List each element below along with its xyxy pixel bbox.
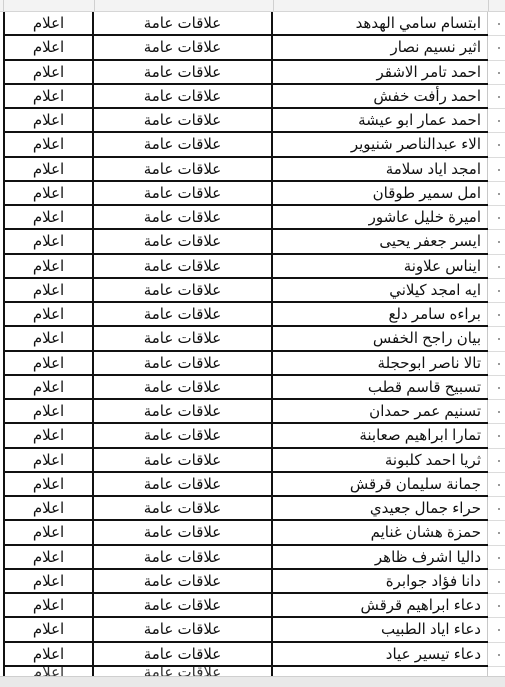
table-row[interactable]: اعلامعلاقات عامةاميرة خليل عاشور [3, 206, 488, 230]
cell-department[interactable]: اعلام [3, 158, 94, 180]
empty-cell[interactable] [488, 182, 505, 206]
table-row[interactable]: اعلامعلاقات عامةجمانة سليمان قرقش [3, 473, 488, 497]
empty-cell[interactable] [488, 133, 505, 157]
cell-department[interactable]: اعلام [3, 594, 94, 616]
cell-name[interactable]: امل سمير طوقان [273, 182, 488, 204]
column-divider[interactable] [273, 0, 274, 11]
table-row[interactable]: اعلامعلاقات عامةاحمد تامر الاشقر [3, 61, 488, 85]
cell-name[interactable]: ايه امجد كيلاني [273, 279, 488, 301]
cell-major[interactable]: علاقات عامة [94, 279, 273, 301]
cell-name[interactable]: الاء عبدالناصر شنيوير [273, 133, 488, 155]
cell-department[interactable]: اعلام [3, 473, 94, 495]
cell-name[interactable]: جمانة سليمان قرقش [273, 473, 488, 495]
cell-major[interactable]: علاقات عامة [94, 158, 273, 180]
cell-major[interactable]: علاقات عامة [94, 376, 273, 398]
table-row[interactable]: اعلامعلاقات عامةدعاء تيسير عياد [3, 643, 488, 667]
table-row[interactable]: اعلامعلاقات عامةامل سمير طوقان [3, 182, 488, 206]
cell-major[interactable]: علاقات عامة [94, 667, 273, 676]
table-row[interactable]: اعلامعلاقات عامةاثير نسيم نصار [3, 36, 488, 60]
cell-department[interactable]: اعلام [3, 497, 94, 519]
cell-major[interactable]: علاقات عامة [94, 497, 273, 519]
table-row[interactable]: اعلامعلاقات عامةتسبيح قاسم قطب [3, 376, 488, 400]
empty-cell[interactable] [488, 497, 505, 521]
empty-cell[interactable] [488, 570, 505, 594]
cell-name[interactable]: حمزة هشان غنايم [273, 521, 488, 543]
cell-major[interactable]: علاقات عامة [94, 206, 273, 228]
empty-cell[interactable] [488, 109, 505, 133]
cell-major[interactable]: علاقات عامة [94, 12, 273, 34]
cell-department[interactable]: اعلام [3, 61, 94, 83]
cell-major[interactable]: علاقات عامة [94, 182, 273, 204]
cell-name[interactable]: بيان راجح الخفس [273, 327, 488, 349]
cell-department[interactable]: اعلام [3, 400, 94, 422]
cell-department[interactable]: اعلام [3, 279, 94, 301]
cell-department[interactable]: اعلام [3, 255, 94, 277]
cell-name[interactable]: احمد رأفت خفش [273, 85, 488, 107]
cell-name[interactable]: حراء جمال جعيدي [273, 497, 488, 519]
cell-department[interactable]: اعلام [3, 643, 94, 665]
cell-department[interactable]: اعلام [3, 352, 94, 374]
empty-cell[interactable] [488, 255, 505, 279]
column-divider[interactable] [488, 0, 489, 11]
empty-cell[interactable] [488, 36, 505, 60]
cell-department[interactable]: اعلام [3, 424, 94, 446]
cell-department[interactable]: اعلام [3, 303, 94, 325]
cell-department[interactable]: اعلام [3, 85, 94, 107]
cell-department[interactable]: اعلام [3, 230, 94, 252]
cell-department[interactable]: اعلام [3, 667, 94, 676]
cell-major[interactable]: علاقات عامة [94, 230, 273, 252]
column-divider[interactable] [3, 0, 4, 11]
empty-cell[interactable] [488, 643, 505, 667]
cell-major[interactable]: علاقات عامة [94, 473, 273, 495]
cell-major[interactable]: علاقات عامة [94, 303, 273, 325]
table-row[interactable]: اعلامعلاقات عامةابتسام سامي الهدهد [3, 12, 488, 36]
empty-cell[interactable] [488, 61, 505, 85]
cell-name[interactable]: اميرة خليل عاشور [273, 206, 488, 228]
table-row[interactable]: اعلامعلاقات عامةداليا اشرف ظاهر [3, 546, 488, 570]
cell-major[interactable]: علاقات عامة [94, 424, 273, 446]
table-row[interactable]: اعلامعلاقات عامةامجد اياد سلامة [3, 158, 488, 182]
cell-department[interactable]: اعلام [3, 182, 94, 204]
empty-cell[interactable] [488, 279, 505, 303]
table-row[interactable]: اعلامعلاقات عامةحراء جمال جعيدي [3, 497, 488, 521]
table-row[interactable]: اعلامعلاقات عامةدعاء ابراهيم قرقش [3, 594, 488, 618]
table-row[interactable]: اعلامعلاقات عامةتمارا ابراهيم صعابنة [3, 424, 488, 448]
adjacent-empty-column [488, 12, 505, 667]
cell-department[interactable]: اعلام [3, 36, 94, 58]
cell-name[interactable]: دعاء ابراهيم قرقش [273, 594, 488, 616]
cell-major[interactable]: علاقات عامة [94, 352, 273, 374]
empty-cell[interactable] [488, 546, 505, 570]
cell-name[interactable]: براءه سامر دلع [273, 303, 488, 325]
table-row[interactable]: اعلامعلاقات عامةايسر جعفر يحيى [3, 230, 488, 254]
cell-major[interactable]: علاقات عامة [94, 85, 273, 107]
cell-department[interactable]: اعلام [3, 133, 94, 155]
empty-cell[interactable] [488, 230, 505, 254]
cell-major[interactable]: علاقات عامة [94, 521, 273, 543]
cell-department[interactable]: اعلام [3, 109, 94, 131]
cell-major[interactable]: علاقات عامة [94, 643, 273, 665]
table-row[interactable]: اعلامعلاقات عامةدانا فؤاد جوابرة [3, 570, 488, 594]
cell-major[interactable]: علاقات عامة [94, 109, 273, 131]
empty-cell[interactable] [488, 618, 505, 642]
cell-name[interactable] [273, 667, 488, 676]
cell-name[interactable]: تمارا ابراهيم صعابنة [273, 424, 488, 446]
empty-cell[interactable] [488, 303, 505, 327]
data-grid: اعلامعلاقات عامةابتسام سامي الهدهداعلامع… [3, 12, 488, 667]
empty-cell[interactable] [488, 376, 505, 400]
cell-name[interactable]: تسنيم عمر حمدان [273, 400, 488, 422]
table-row[interactable]: اعلامعلاقات عامةالاء عبدالناصر شنيوير [3, 133, 488, 157]
cell-name[interactable]: دعاء اياد الطبيب [273, 618, 488, 640]
cell-name[interactable]: احمد عمار ابو عيشة [273, 109, 488, 131]
empty-cell[interactable] [488, 206, 505, 230]
table-row[interactable]: اعلامعلاقات عامةايه امجد كيلاني [3, 279, 488, 303]
cell-department[interactable]: اعلام [3, 570, 94, 592]
cell-department[interactable]: اعلام [3, 618, 94, 640]
cell-department[interactable]: اعلام [3, 206, 94, 228]
cell-name[interactable]: ايناس علاونة [273, 255, 488, 277]
empty-cell[interactable] [488, 594, 505, 618]
cell-major[interactable]: علاقات عامة [94, 327, 273, 349]
empty-cell[interactable] [488, 12, 505, 36]
table-row[interactable]: اعلامعلاقات عامةحمزة هشان غنايم [3, 521, 488, 545]
cell-major[interactable]: علاقات عامة [94, 546, 273, 568]
cell-major[interactable]: علاقات عامة [94, 449, 273, 471]
empty-cell[interactable] [488, 449, 505, 473]
cell-department[interactable]: اعلام [3, 12, 94, 34]
cell-name[interactable]: دانا فؤاد جوابرة [273, 570, 488, 592]
horizontal-scrollbar[interactable] [0, 676, 505, 687]
cell-name[interactable]: ابتسام سامي الهدهد [273, 12, 488, 34]
table-row-partial[interactable]: اعلام علاقات عامة [3, 667, 488, 676]
spreadsheet: اعلامعلاقات عامةابتسام سامي الهدهداعلامع… [0, 0, 505, 687]
cell-major[interactable]: علاقات عامة [94, 400, 273, 422]
empty-cell[interactable] [488, 158, 505, 182]
table-row[interactable]: اعلامعلاقات عامةبيان راجح الخفس [3, 327, 488, 351]
cell-name[interactable]: احمد تامر الاشقر [273, 61, 488, 83]
cell-department[interactable]: اعلام [3, 546, 94, 568]
cell-major[interactable]: علاقات عامة [94, 570, 273, 592]
empty-cell[interactable] [488, 521, 505, 545]
cell-name[interactable]: ثريا احمد كلبونة [273, 449, 488, 471]
cell-name[interactable]: داليا اشرف ظاهر [273, 546, 488, 568]
cell-department[interactable]: اعلام [3, 327, 94, 349]
empty-cell[interactable] [488, 400, 505, 424]
empty-cell[interactable] [488, 473, 505, 497]
cell-department[interactable]: اعلام [3, 521, 94, 543]
cell-name[interactable]: امجد اياد سلامة [273, 158, 488, 180]
table-row[interactable]: اعلامعلاقات عامةتسنيم عمر حمدان [3, 400, 488, 424]
cell-name[interactable]: اثير نسيم نصار [273, 36, 488, 58]
empty-cell[interactable] [488, 85, 505, 109]
empty-cell[interactable] [488, 424, 505, 448]
cell-major[interactable]: علاقات عامة [94, 618, 273, 640]
table-row[interactable]: اعلامعلاقات عامةايناس علاونة [3, 255, 488, 279]
cell-major[interactable]: علاقات عامة [94, 133, 273, 155]
cell-major[interactable]: علاقات عامة [94, 61, 273, 83]
cell-department[interactable]: اعلام [3, 376, 94, 398]
cell-major[interactable]: علاقات عامة [94, 255, 273, 277]
table-row[interactable]: اعلامعلاقات عامةاحمد عمار ابو عيشة [3, 109, 488, 133]
table-row[interactable]: اعلامعلاقات عامةاحمد رأفت خفش [3, 85, 488, 109]
empty-cell[interactable] [488, 327, 505, 351]
table-row[interactable]: اعلامعلاقات عامةدعاء اياد الطبيب [3, 618, 488, 642]
cell-major[interactable]: علاقات عامة [94, 594, 273, 616]
table-row[interactable]: اعلامعلاقات عامةبراءه سامر دلع [3, 303, 488, 327]
column-divider[interactable] [94, 0, 95, 11]
cell-major[interactable]: علاقات عامة [94, 36, 273, 58]
table-row[interactable]: اعلامعلاقات عامةتالا ناصر ابوحجلة [3, 352, 488, 376]
column-header-strip [0, 0, 505, 12]
cell-name[interactable]: دعاء تيسير عياد [273, 643, 488, 665]
table-row[interactable]: اعلامعلاقات عامةثريا احمد كلبونة [3, 449, 488, 473]
empty-cell[interactable] [488, 352, 505, 376]
cell-name[interactable]: تسبيح قاسم قطب [273, 376, 488, 398]
cell-name[interactable]: ايسر جعفر يحيى [273, 230, 488, 252]
cell-department[interactable]: اعلام [3, 449, 94, 471]
cell-name[interactable]: تالا ناصر ابوحجلة [273, 352, 488, 374]
